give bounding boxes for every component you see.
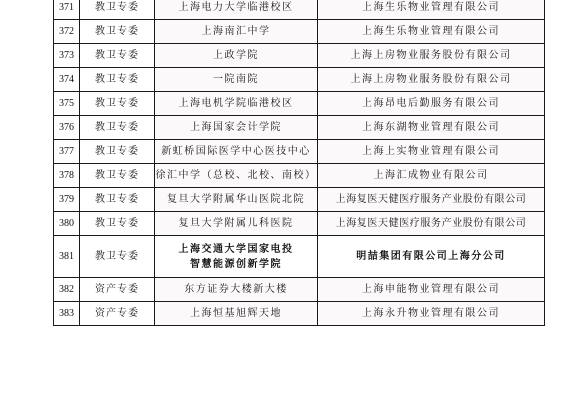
table-row: 383 资产专委 上海恒基旭辉天地 上海永升物业管理有限公司	[54, 302, 545, 326]
row-number: 375	[54, 92, 80, 116]
service-company: 上海永升物业管理有限公司	[318, 302, 545, 326]
service-company: 上海上房物业服务股份有限公司	[318, 68, 545, 92]
row-number: 383	[54, 302, 80, 326]
service-company: 上海复医天健医疗服务产业股份有限公司	[318, 188, 545, 212]
row-number: 379	[54, 188, 80, 212]
row-number: 371	[54, 0, 80, 20]
service-company: 上海复医天健医疗服务产业股份有限公司	[318, 212, 545, 236]
service-company: 上海东湖物业管理有限公司	[318, 116, 545, 140]
table-row: 377 教卫专委 新虹桥国际医学中心医技中心 上海上实物业管理有限公司	[54, 140, 545, 164]
committee-category: 教卫专委	[80, 20, 155, 44]
project-site: 一院南院	[155, 68, 318, 92]
project-site: 东方证券大楼新大楼	[155, 278, 318, 302]
committee-category: 资产专委	[80, 278, 155, 302]
table-row: 374 教卫专委 一院南院 上海上房物业服务股份有限公司	[54, 68, 545, 92]
row-number: 382	[54, 278, 80, 302]
committee-category: 教卫专委	[80, 44, 155, 68]
table-row: 379 教卫专委 复旦大学附属华山医院北院 上海复医天健医疗服务产业股份有限公司	[54, 188, 545, 212]
table-row: 375 教卫专委 上海电机学院临港校区 上海昂电后勤服务有限公司	[54, 92, 545, 116]
project-site: 上海交通大学国家电投 智慧能源创新学院	[155, 236, 318, 278]
table-row: 372 教卫专委 上海南汇中学 上海生乐物业管理有限公司	[54, 20, 545, 44]
table-row: 371 教卫专委 上海电力大学临港校区 上海生乐物业管理有限公司	[54, 0, 545, 20]
committee-category: 教卫专委	[80, 68, 155, 92]
project-site: 上海恒基旭辉天地	[155, 302, 318, 326]
service-company: 上海生乐物业管理有限公司	[318, 20, 545, 44]
document-page: 371 教卫专委 上海电力大学临港校区 上海生乐物业管理有限公司 372 教卫专…	[0, 0, 580, 396]
committee-category: 教卫专委	[80, 0, 155, 20]
committee-category: 资产专委	[80, 302, 155, 326]
committee-category: 教卫专委	[80, 188, 155, 212]
row-number: 377	[54, 140, 80, 164]
service-company: 上海上房物业服务股份有限公司	[318, 44, 545, 68]
table-row: 381 教卫专委 上海交通大学国家电投 智慧能源创新学院 明喆集团有限公司上海分…	[54, 236, 545, 278]
project-site-line-2: 智慧能源创新学院	[155, 257, 317, 272]
service-company: 上海申能物业管理有限公司	[318, 278, 545, 302]
project-site: 复旦大学附属儿科医院	[155, 212, 318, 236]
row-number: 376	[54, 116, 80, 140]
committee-category: 教卫专委	[80, 116, 155, 140]
row-number: 381	[54, 236, 80, 278]
project-site: 徐汇中学（总校、北校、南校）	[155, 164, 318, 188]
row-number: 380	[54, 212, 80, 236]
committee-category: 教卫专委	[80, 92, 155, 116]
project-site-line-1: 上海交通大学国家电投	[155, 242, 317, 257]
row-number: 374	[54, 68, 80, 92]
property-service-table: 371 教卫专委 上海电力大学临港校区 上海生乐物业管理有限公司 372 教卫专…	[53, 0, 545, 326]
row-number: 378	[54, 164, 80, 188]
project-site: 上政学院	[155, 44, 318, 68]
table-row: 378 教卫专委 徐汇中学（总校、北校、南校） 上海汇成物业有限公司	[54, 164, 545, 188]
row-number: 372	[54, 20, 80, 44]
service-company: 上海昂电后勤服务有限公司	[318, 92, 545, 116]
table-row: 373 教卫专委 上政学院 上海上房物业服务股份有限公司	[54, 44, 545, 68]
service-company: 上海上实物业管理有限公司	[318, 140, 545, 164]
project-site: 上海国家会计学院	[155, 116, 318, 140]
service-company: 上海生乐物业管理有限公司	[318, 0, 545, 20]
project-site: 上海南汇中学	[155, 20, 318, 44]
row-number: 373	[54, 44, 80, 68]
table-row: 382 资产专委 东方证券大楼新大楼 上海申能物业管理有限公司	[54, 278, 545, 302]
project-site: 上海电力大学临港校区	[155, 0, 318, 20]
service-company: 上海汇成物业有限公司	[318, 164, 545, 188]
table-row: 380 教卫专委 复旦大学附属儿科医院 上海复医天健医疗服务产业股份有限公司	[54, 212, 545, 236]
table-row: 376 教卫专委 上海国家会计学院 上海东湖物业管理有限公司	[54, 116, 545, 140]
committee-category: 教卫专委	[80, 236, 155, 278]
project-site: 新虹桥国际医学中心医技中心	[155, 140, 318, 164]
project-site: 复旦大学附属华山医院北院	[155, 188, 318, 212]
committee-category: 教卫专委	[80, 140, 155, 164]
committee-category: 教卫专委	[80, 212, 155, 236]
project-site: 上海电机学院临港校区	[155, 92, 318, 116]
committee-category: 教卫专委	[80, 164, 155, 188]
service-company: 明喆集团有限公司上海分公司	[318, 236, 545, 278]
